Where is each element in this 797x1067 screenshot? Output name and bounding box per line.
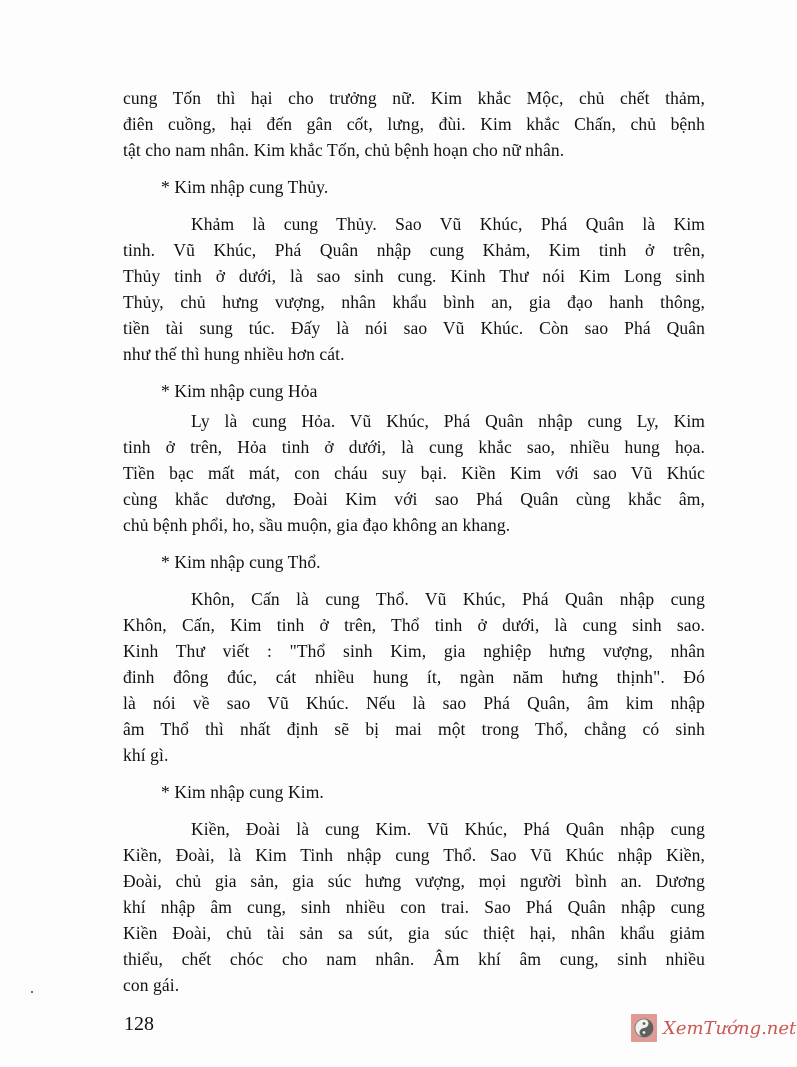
text-line: tinh ở trên, Hỏa tinh ở dưới, là cung kh… [123,434,705,460]
text-line: cùng khắc dương, Đoài Kim với sao Phá Qu… [123,486,705,512]
text-line: Tiền bạc mất mát, con cháu suy bại. Kiền… [123,460,705,486]
text-line: Khôn, Cấn là cung Thổ. Vũ Khúc, Phá Quân… [123,586,705,612]
text-line: khí nhập âm cung, sinh nhiều con trai. S… [123,894,705,920]
text-line: tiền tài sung túc. Đấy là nói sao Vũ Khú… [123,315,705,341]
watermark-text: XemTướng.net [663,1018,796,1039]
paragraph: Khảm là cung Thủy. Sao Vũ Khúc, Phá Quân… [123,211,705,367]
text-line: chủ bệnh phổi, ho, sầu muộn, gia đạo khô… [123,512,705,538]
text-line: Khảm là cung Thủy. Sao Vũ Khúc, Phá Quân… [123,211,705,237]
text-line: Thủy tinh ở dưới, là sao sinh cung. Kinh… [123,263,705,289]
text-line: đinh đông đúc, cát nhiều hung ít, ngàn n… [123,664,705,690]
section-heading-tho: * Kim nhập cung Thổ. [123,549,705,575]
text-line: Khôn, Cấn, Kim tinh ở trên, Thổ tinh ở d… [123,612,705,638]
text-line: là nói về sao Vũ Khúc. Nếu là sao Phá Qu… [123,690,705,716]
page-number: 128 [124,1013,154,1036]
text-line: âm Thổ thì nhất định sẽ bị mai một trong… [123,716,705,742]
page-body: cung Tốn thì hại cho trưởng nữ. Kim khắc… [123,85,705,998]
section-heading-thuy: * Kim nhập cung Thủy. [123,174,705,200]
text-line: Kinh Thư viết : "Thổ sinh Kim, gia nghiệ… [123,638,705,664]
text-line: cung Tốn thì hại cho trưởng nữ. Kim khắc… [123,85,705,111]
text-line: như thế thì hung nhiều hơn cát. [123,341,705,367]
text-line: Ly là cung Hỏa. Vũ Khúc, Phá Quân nhập c… [123,408,705,434]
text-line: khí gì. [123,742,705,768]
yin-yang-icon [631,1014,657,1042]
section-heading-kim: * Kim nhập cung Kim. [123,779,705,805]
paragraph: Ly là cung Hỏa. Vũ Khúc, Phá Quân nhập c… [123,408,705,538]
scan-speck [31,991,33,993]
text-line: Kiền Đoài, chủ tài sản sa sút, gia súc t… [123,920,705,946]
text-line: tật cho nam nhân. Kim khắc Tốn, chủ bệnh… [123,137,705,163]
text-line: điên cuồng, hại đến gân cốt, lưng, đùi. … [123,111,705,137]
paragraph: Kiền, Đoài là cung Kim. Vũ Khúc, Phá Quâ… [123,816,705,998]
text-line: Đoài, chủ gia sản, gia súc hưng vượng, m… [123,868,705,894]
paragraph: cung Tốn thì hại cho trưởng nữ. Kim khắc… [123,85,705,163]
section-heading-hoa: * Kim nhập cung Hỏa [123,378,705,404]
paragraph: Khôn, Cấn là cung Thổ. Vũ Khúc, Phá Quân… [123,586,705,768]
book-page: cung Tốn thì hại cho trưởng nữ. Kim khắc… [0,0,797,1067]
watermark-logo: XemTướng.net [631,1014,796,1042]
text-line: con gái. [123,972,705,998]
text-line: Kiền, Đoài, là Kim Tinh nhập cung Thổ. S… [123,842,705,868]
text-line: Thủy, chủ hưng vượng, nhân khẩu bình an,… [123,289,705,315]
text-line: tinh. Vũ Khúc, Phá Quân nhập cung Khảm, … [123,237,705,263]
text-line: Kiền, Đoài là cung Kim. Vũ Khúc, Phá Quâ… [123,816,705,842]
text-line: thiểu, chết chóc cho nam nhân. Âm khí âm… [123,946,705,972]
